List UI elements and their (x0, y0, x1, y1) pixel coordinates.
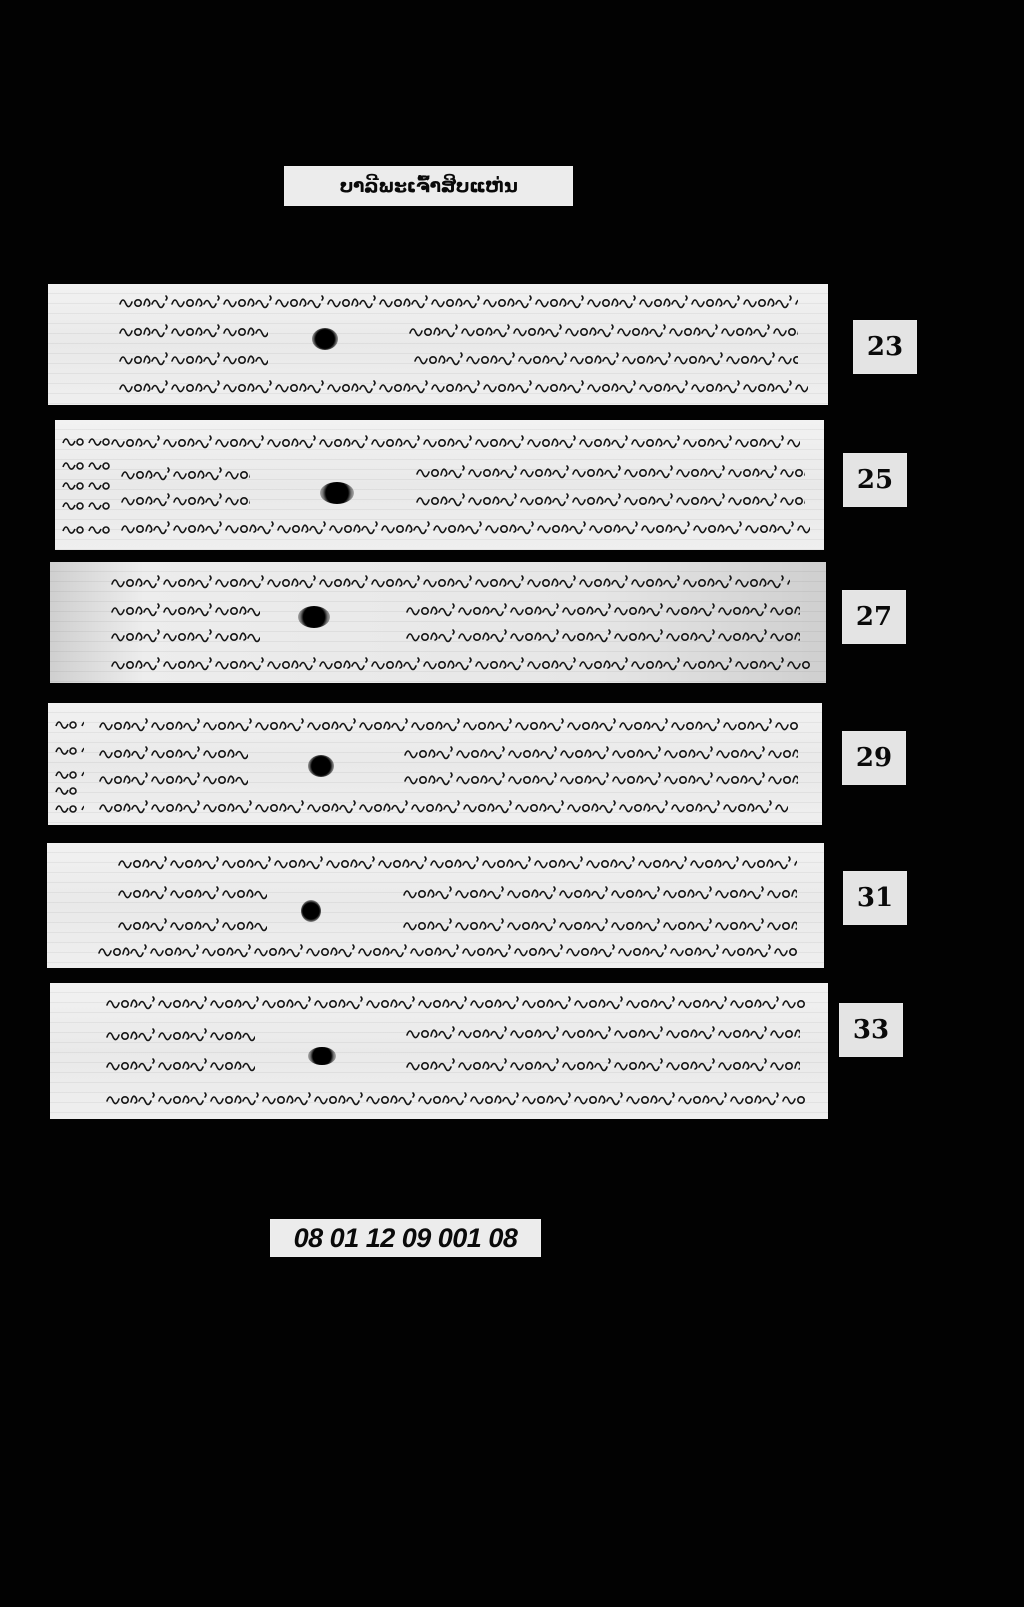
binding-hole (320, 482, 354, 504)
script-line (118, 321, 268, 339)
script-line (403, 743, 798, 761)
margin-note (61, 456, 113, 472)
script-line (98, 797, 788, 815)
margin-note (54, 765, 84, 781)
leaf-number: 31 (857, 883, 893, 913)
leaf-number: 29 (856, 743, 892, 773)
script-line (118, 349, 268, 367)
script-line (405, 626, 800, 644)
script-line (110, 654, 810, 672)
manuscript-leaf-2 (55, 420, 824, 550)
script-line (110, 626, 260, 644)
binding-hole (301, 900, 321, 922)
leaf-number: 33 (853, 1015, 889, 1045)
script-line (110, 572, 790, 590)
archive-code: 08 01 12 09 001 08 (294, 1223, 518, 1254)
binding-hole (298, 606, 330, 628)
script-line (105, 1089, 805, 1107)
script-line (415, 490, 805, 508)
archive-code-label: 08 01 12 09 001 08 (270, 1219, 541, 1257)
manuscript-leaf-1 (48, 284, 828, 405)
script-line (110, 600, 260, 618)
margin-note (61, 476, 113, 492)
leaf-number-label: 25 (843, 453, 907, 507)
leaf-number: 27 (856, 602, 892, 632)
manuscript-leaf-6 (50, 983, 828, 1119)
script-line (402, 915, 797, 933)
leaf-number-label: 23 (853, 320, 917, 374)
margin-note (54, 715, 84, 731)
manuscript-leaf-3 (50, 562, 826, 683)
script-line (415, 462, 805, 480)
leaf-number-label: 29 (842, 731, 906, 785)
script-line (117, 915, 267, 933)
script-line (105, 1025, 255, 1043)
binding-hole (312, 328, 338, 350)
leaf-number-label: 27 (842, 590, 906, 644)
script-line (98, 769, 248, 787)
binding-hole (308, 755, 334, 777)
margin-note (54, 799, 84, 815)
script-line (98, 743, 248, 761)
script-line (118, 377, 808, 395)
script-line (405, 1023, 800, 1041)
script-line (117, 853, 797, 871)
script-line (110, 432, 800, 450)
margin-note (61, 520, 113, 536)
script-line (105, 1055, 255, 1073)
leaf-number: 23 (867, 332, 903, 362)
leaf-number-label: 33 (839, 1003, 903, 1057)
script-line (98, 715, 798, 733)
margin-note (61, 496, 113, 512)
manuscript-leaf-4 (48, 703, 822, 825)
margin-note (54, 741, 84, 757)
script-line (120, 464, 250, 482)
leaf-number: 25 (857, 465, 893, 495)
script-line (118, 292, 798, 310)
script-line (120, 518, 810, 536)
script-line (97, 941, 797, 959)
script-line (402, 883, 797, 901)
script-line (403, 769, 798, 787)
margin-note (54, 781, 80, 797)
title-text: ບາລີພະເຈົ້າສິບແຫ່ນ (340, 175, 518, 197)
margin-note (61, 432, 113, 448)
manuscript-leaf-5 (47, 843, 824, 968)
script-line (117, 883, 267, 901)
script-line (105, 993, 805, 1011)
script-line (120, 490, 250, 508)
binding-hole (308, 1047, 336, 1065)
script-line (413, 349, 798, 367)
script-line (405, 1055, 800, 1073)
script-line (405, 600, 800, 618)
script-line (408, 321, 798, 339)
leaf-number-label: 31 (843, 871, 907, 925)
page-title-label: ບາລີພະເຈົ້າສິບແຫ່ນ (284, 166, 573, 206)
